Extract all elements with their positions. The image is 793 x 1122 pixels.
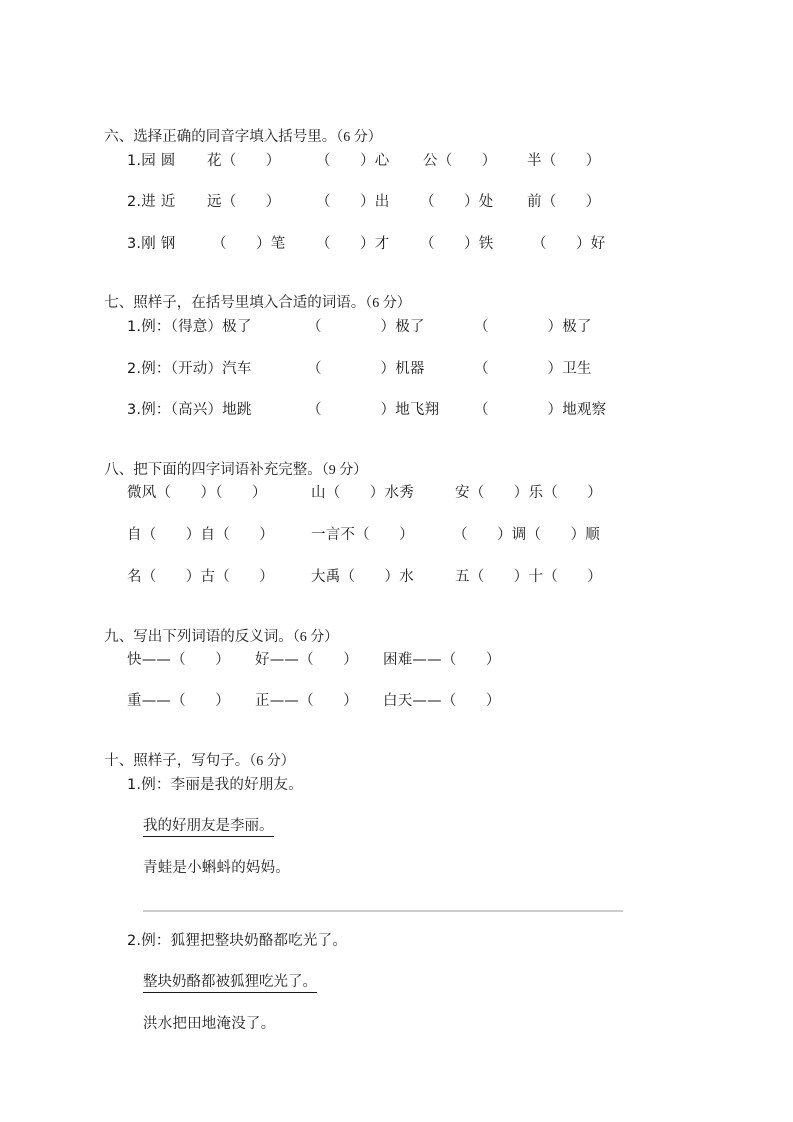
section-10-title: 十、照样子，写句子。 xyxy=(104,753,249,769)
s8-row-1-item-3: 安（ ）乐（ ） xyxy=(455,484,602,502)
s6-row-1-item-3: 公（ ） xyxy=(423,152,497,170)
section-9-score: （6 分） xyxy=(293,630,339,645)
s7-row-2-label: 2.例：（开动）汽车 xyxy=(127,360,252,378)
s10-q2-answer: 整块奶酪都被狐狸吃光了。 xyxy=(143,973,317,993)
s6-row-3-item-4: （ ）好 xyxy=(532,235,606,253)
section-7-title: 七、照样子，在括号里填入合适的词语。 xyxy=(104,295,365,311)
s7-row-1-item-2: （ ）极了 xyxy=(474,318,592,336)
s9-row-2-item-2: 正——（ ） xyxy=(255,692,358,710)
s8-row-3-item-3: 五（ ）十（ ） xyxy=(455,568,602,586)
s8-row-3-item-1: 名（ ）古（ ） xyxy=(127,568,274,586)
s8-row-1-item-1: 微风（ ）（ ） xyxy=(127,484,267,502)
section-6-score: （6 分） xyxy=(336,130,382,145)
s9-row-2-item-1: 重——（ ） xyxy=(127,692,230,710)
s6-row-3-item-3: （ ）铁 xyxy=(420,235,494,253)
s6-row-2-item-3: （ ）处 xyxy=(420,193,494,211)
s7-row-3-item-1: （ ）地飞翔 xyxy=(307,401,439,419)
s7-row-2-item-1: （ ）机器 xyxy=(307,360,425,378)
section-8-title: 八、把下面的四字词语补充完整。 xyxy=(104,462,322,478)
section-8-score: （9 分） xyxy=(322,463,368,478)
s8-row-2-item-3: （ ）调（ ）顺 xyxy=(453,526,600,544)
worksheet-page: { "sections": { "s6": { "title": "六、选择正确… xyxy=(0,0,793,1122)
s6-row-1-item-4: 半（ ） xyxy=(527,152,601,170)
s7-row-2-item-2: （ ）卫生 xyxy=(474,360,592,378)
section-6-heading: 六、选择正确的同音字填入括号里。（6 分） xyxy=(95,110,382,147)
s6-row-2-item-4: 前（ ） xyxy=(527,193,601,211)
s7-row-1-label: 1.例：（得意）极了 xyxy=(127,318,252,336)
s8-row-1-item-2: 山（ ）水秀 xyxy=(311,484,414,502)
s10-q2-example: 2.例：狐狸把整块奶酪都吃光了。 xyxy=(127,932,347,950)
s10-q1-example: 1.例：李丽是我的好朋友。 xyxy=(127,776,303,794)
s9-row-1-item-3: 困难——（ ） xyxy=(383,651,501,669)
section-7-heading: 七、照样子，在括号里填入合适的词语。（6 分） xyxy=(95,276,411,313)
s7-row-3-item-2: （ ）地观察 xyxy=(474,401,606,419)
s7-row-3-label: 3.例：（高兴）地跳 xyxy=(127,401,252,419)
s7-row-1-item-1: （ ）极了 xyxy=(307,318,425,336)
section-8-heading: 八、把下面的四字词语补充完整。（9 分） xyxy=(95,443,367,480)
s6-row-2-item-2: （ ）出 xyxy=(316,193,390,211)
s10-q1-prompt: 青蛙是小蝌蚪的妈妈。 xyxy=(143,859,290,877)
s8-row-3-item-2: 大禹（ ）水 xyxy=(311,568,414,586)
s6-row-3-item-2: （ ）才 xyxy=(316,235,390,253)
s8-row-2-item-1: 自（ ）自（ ） xyxy=(127,526,274,544)
section-7-score: （6 分） xyxy=(365,296,411,311)
s10-q2-prompt: 洪水把田地淹没了。 xyxy=(143,1015,275,1033)
s6-row-3-item-1: （ ）笔 xyxy=(212,235,286,253)
s6-row-2-label: 2.进 近 xyxy=(127,193,175,211)
s8-row-2-item-2: 一言不（ ） xyxy=(311,526,414,544)
s6-row-3-label: 3.刚 钢 xyxy=(127,235,175,253)
section-10-score: （6 分） xyxy=(249,754,295,769)
section-6-title: 六、选择正确的同音字填入括号里。 xyxy=(104,129,336,145)
section-9-heading: 九、写出下列词语的反义词。（6 分） xyxy=(95,610,338,647)
s6-row-1-item-2: （ ）心 xyxy=(316,152,390,170)
s6-row-1-label: 1.园 圆 xyxy=(127,152,175,170)
s9-row-1-item-2: 好——（ ） xyxy=(255,651,358,669)
section-10-heading: 十、照样子，写句子。（6 分） xyxy=(95,734,295,771)
s10-q1-answer: 我的好朋友是李丽。 xyxy=(143,817,274,837)
s10-q1-answer-line[interactable] xyxy=(143,910,623,912)
s6-row-1-item-1: 花（ ） xyxy=(207,152,281,170)
s9-row-2-item-3: 白天——（ ） xyxy=(383,692,501,710)
s6-row-2-item-1: 远（ ） xyxy=(207,193,281,211)
s9-row-1-item-1: 快——（ ） xyxy=(127,651,230,669)
section-9-title: 九、写出下列词语的反义词。 xyxy=(104,629,293,645)
